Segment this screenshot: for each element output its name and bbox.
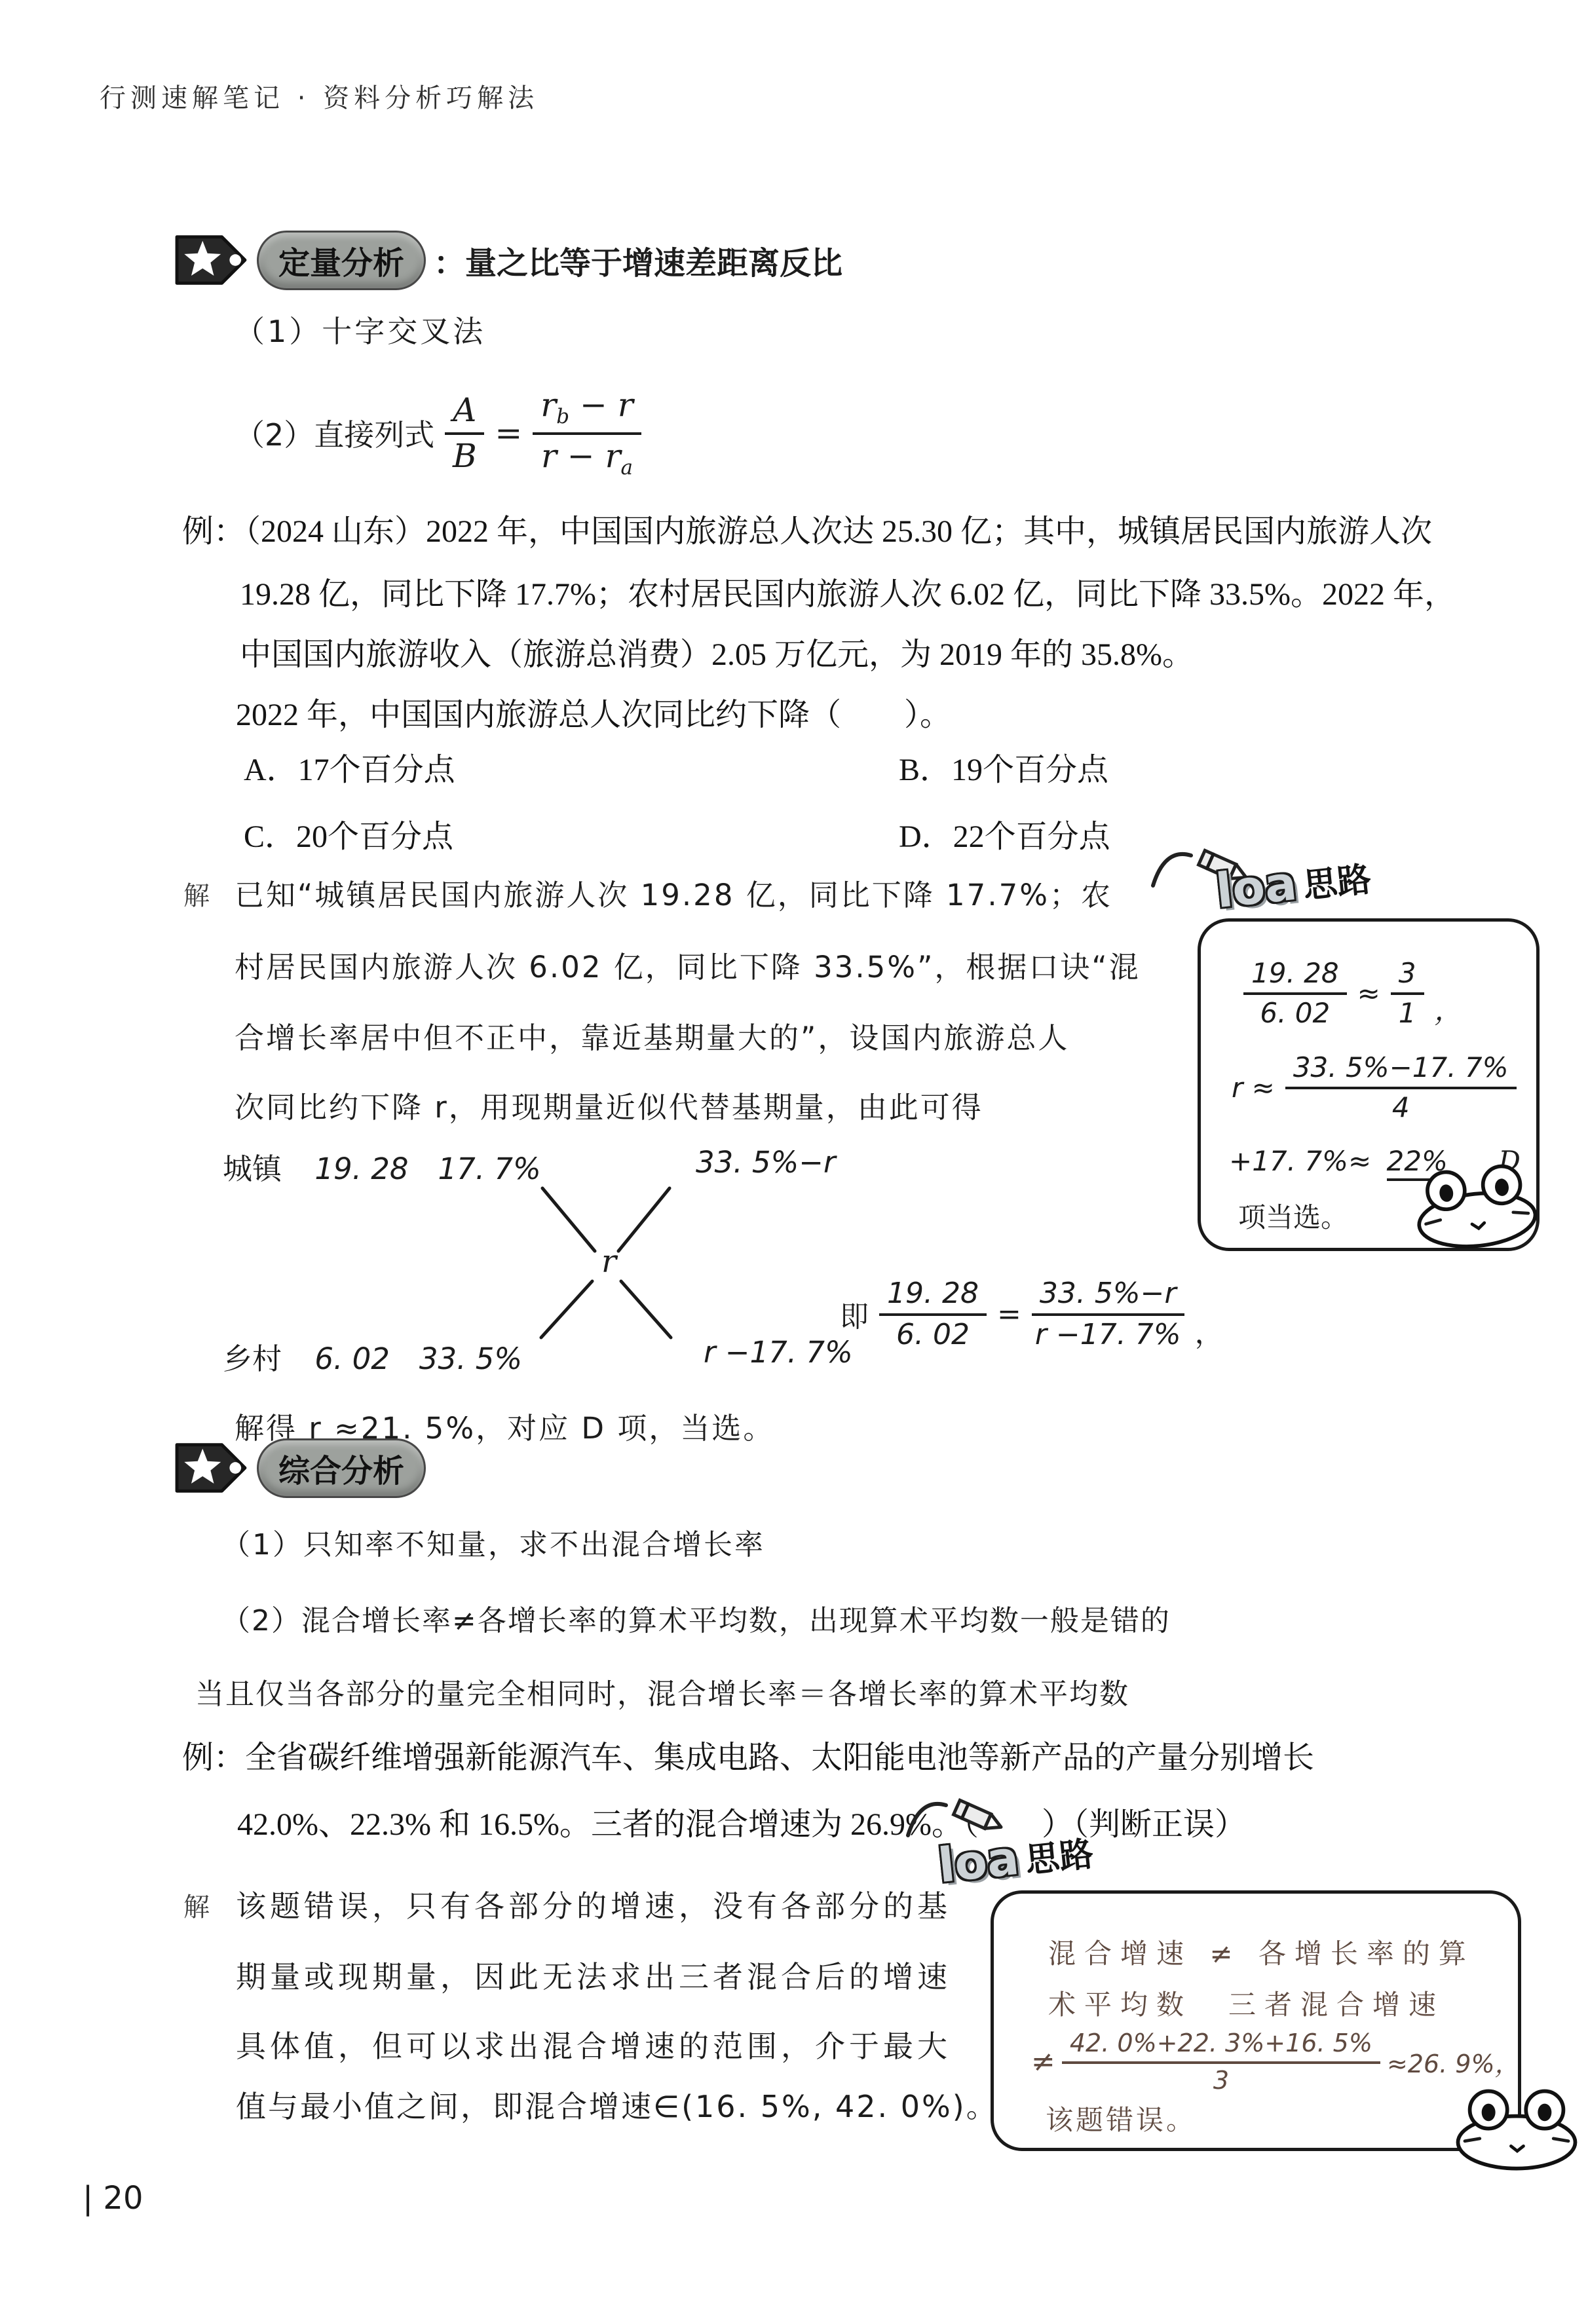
section-tag: 综合分析: [257, 1438, 426, 1498]
section-tag-label: 综合分析: [278, 1453, 404, 1490]
idea2-label: loa 思路: [936, 1826, 1095, 1889]
option-b: B．19个百分点: [899, 744, 1108, 789]
solution2-marker: 解: [183, 1886, 210, 1924]
cross-top-row: 城镇 19. 28 17. 7%: [223, 1145, 541, 1188]
comp-item-2: （2）混合增长率≠各增长率的算术平均数，出现算术平均数一般是错的: [221, 1597, 1171, 1639]
star-tag-icon: [172, 228, 249, 292]
solution1-marker: 解: [183, 875, 210, 912]
frog-face-icon: [1405, 1149, 1545, 1255]
cross-equation: 即 19. 28 6. 02 = 33. 5%−r r −17. 7% ，: [840, 1277, 1224, 1351]
solution2-line: 值与最小值之间，即混合增速∈(16. 5%, 42. 0%)。: [236, 2083, 998, 2126]
formula-prefix: （2）直接列式: [235, 411, 434, 455]
equation-lhs-fraction: 19. 28 6. 02: [879, 1277, 987, 1351]
loa-bubble-word: loa: [1214, 859, 1299, 914]
fraction-rate-diff: rb − r r − ra: [533, 386, 641, 479]
fraction-a-over-b: A B: [445, 392, 484, 474]
equation-rhs-fraction: 33. 5%−r r −17. 7%: [1032, 1277, 1184, 1351]
section-comp-header: 综合分析: [172, 1436, 426, 1500]
example1-line: 中国国内旅游收入（旅游总消费）2.05 万亿元，为 2019 年的 35.8%。: [240, 629, 1194, 674]
idea1-conclusion: 项当选。: [1238, 1196, 1348, 1235]
example1-line: 2022 年，中国国内旅游总人次同比约下降（ ）。: [236, 689, 951, 734]
idea1-label: loa 思路: [1214, 852, 1373, 914]
solution2-line: 具体值，但可以求出混合增速的范围，介于最大: [236, 2023, 951, 2066]
idea2-line2: 术平均数 三者混合增速: [1048, 1983, 1445, 2023]
example1-line: 19.28 亿，同比下降 17.7%；农村居民国内旅游人次 6.02 亿，同比下…: [240, 569, 1456, 614]
comp-item-3: 当且仅当各部分的量完全相同时，混合增长率＝各增长率的算术平均数: [195, 1670, 1129, 1712]
comp-item-1: （1）只知率不知量，求不出混合增长率: [221, 1521, 765, 1563]
idea2-label-text: 思路: [1023, 1836, 1095, 1881]
frog-face-icon: [1451, 2075, 1582, 2173]
solution2-line: 期量或现期量，因此无法求出三者混合后的增速: [236, 1953, 951, 1996]
option-a: A．17个百分点: [244, 744, 455, 789]
idea2-conclusion: 该题错误。: [1046, 2099, 1196, 2138]
solution1-line: 合增长率居中但不正中，靠近基期量大的”，设国内旅游总人: [235, 1014, 1069, 1057]
solution1-line: 次同比约下降 r，用现期量近似代替基期量，由此可得: [235, 1083, 983, 1126]
section-quant-header: 定量分析 ：量之比等于增速差距离反比: [172, 228, 842, 292]
example2-line: 42.0%、22.3% 和 16.5%。三者的混合增速为 26.9%。（ ）（判…: [237, 1799, 1246, 1844]
page-number: | 20: [83, 2180, 143, 2217]
cross-top-right: 33. 5%−r: [696, 1145, 835, 1180]
solution1-line: 村居民国内旅游人次 6.02 亿，同比下降 33.5%”，根据口诀“混: [235, 943, 1141, 986]
idea2-line1: 混合增速 ≠ 各增长率的算: [1048, 1932, 1475, 1972]
quant-item-1: （1）十字交叉法: [235, 308, 485, 351]
quant-item-2-formula: （2）直接列式 A B = rb − r r − ra: [235, 386, 641, 479]
idea1-label-text: 思路: [1301, 861, 1372, 906]
cross-bottom-right: r −17. 7%: [704, 1335, 853, 1370]
idea1-estimate: r ≈ 33. 5%−17. 7% 4: [1232, 1052, 1517, 1123]
section-tag-label: 定量分析: [278, 245, 404, 282]
example1-line: 例：（2024 山东）2022 年，中国国内旅游总人次达 25.30 亿；其中，…: [182, 506, 1432, 551]
option-d: D．22个百分点: [899, 811, 1110, 856]
example2-line: 例：全省碳纤维增强新能源汽车、集成电路、太阳能电池等新产品的产量分别增长: [182, 1732, 1314, 1777]
cross-center-variable: r: [601, 1243, 616, 1280]
idea2-fraction-row: ≠ 42. 0%+22. 3%+16. 5% 3 ≈26. 9%，: [1031, 2029, 1520, 2094]
book-page: 行测速解笔记 · 资料分析巧解法 定量分析 ：量之比等于增速差距离反比 （1）十…: [0, 0, 1588, 2324]
solution2-line: 该题错误，只有各部分的增速，没有各部分的基: [236, 1883, 951, 1926]
loa-bubble-word: loa: [936, 1834, 1021, 1889]
solution1-line: 已知“城镇居民国内旅游人次 19.28 亿，同比下降 17.7%；农: [235, 871, 1112, 914]
cross-bottom-row: 乡村 6. 02 33. 5%: [223, 1335, 522, 1378]
page-header: 行测速解笔记 · 资料分析巧解法: [100, 77, 539, 115]
option-c: C．20个百分点: [244, 811, 453, 856]
equals-sign: =: [495, 414, 522, 452]
section-tag: 定量分析: [257, 231, 426, 290]
star-tag-icon: [172, 1436, 249, 1500]
idea1-ratio: 19. 28 6. 02 ≈ 3 1 ，: [1243, 958, 1462, 1028]
section-tag-desc: ：量之比等于增速差距离反比: [434, 238, 842, 283]
